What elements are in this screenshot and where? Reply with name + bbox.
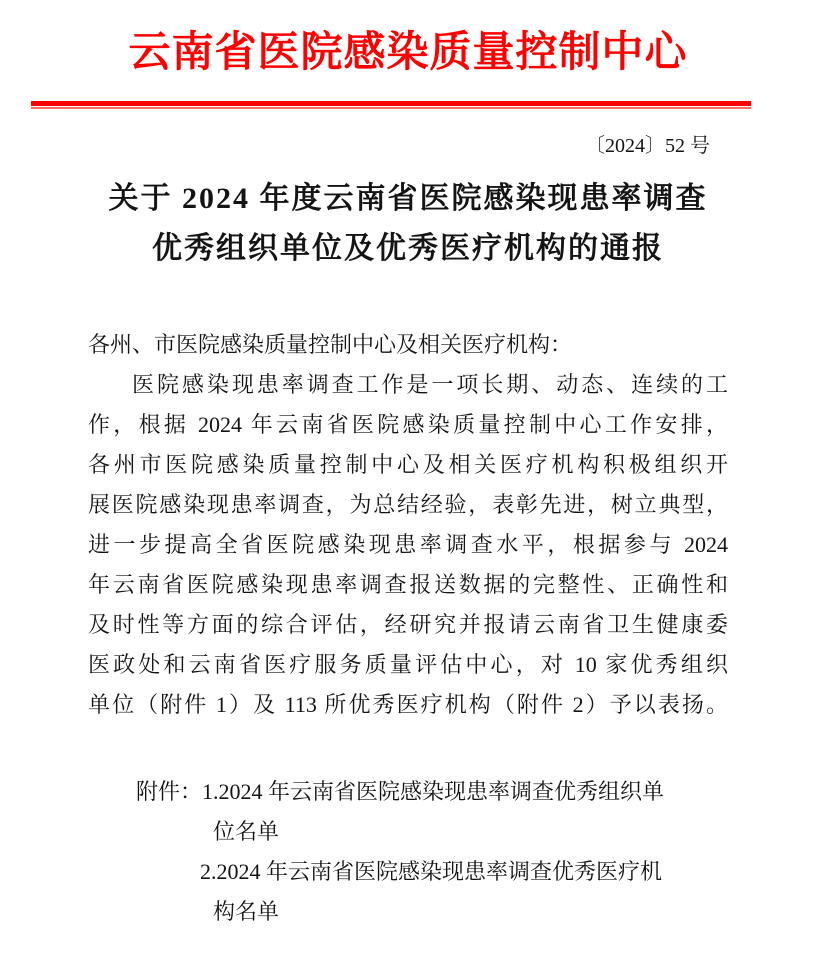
attachment-line-1-cont: 位名单 [136,812,728,852]
attachment-list: 附件：1.2024 年云南省医院感染现患率调查优秀组织单 位名单 2.2024 … [136,772,728,932]
body-line: 各州市医院感染质量控制中心及相关医疗机构积极组织开 [88,445,728,485]
document-number: 〔2024〕52 号 [0,132,816,160]
letterhead-divider [31,101,751,109]
body-line: 及时性等方面的综合评估，经研究并报请云南省卫生健康委 [88,605,728,645]
document-title: 关于 2024 年度云南省医院感染现患率调查 优秀组织单位及优秀医疗机构的通报 [0,174,816,274]
letterhead-org-name: 云南省医院感染质量控制中心 [0,0,816,80]
attachment-line-2-cont: 构名单 [136,892,728,932]
body-line: 年云南省医院感染现患率调查报送数据的完整性、正确性和 [88,565,728,605]
body-line: 医政处和云南省医疗服务质量评估中心，对 10 家优秀组织 [88,645,728,685]
body-line: 医院感染现患率调查工作是一项长期、动态、连续的工 [88,365,728,405]
body-line: 进一步提高全省医院感染现患率调查水平，根据参与 2024 [88,525,728,565]
document-page: 云南省医院感染质量控制中心 〔2024〕52 号 关于 2024 年度云南省医院… [0,0,816,962]
document-title-line2: 优秀组织单位及优秀医疗机构的通报 [0,224,816,274]
attachment-line-2: 2.2024 年云南省医院感染现患率调查优秀医疗机 [136,852,728,892]
document-body: 各州、市医院感染质量控制中心及相关医疗机构： 医院感染现患率调查工作是一项长期、… [88,325,728,725]
body-line: 展医院感染现患率调查，为总结经验，表彰先进，树立典型， [88,485,728,525]
divider-thin-line [31,107,751,109]
document-title-line1: 关于 2024 年度云南省医院感染现患率调查 [0,174,816,224]
body-line: 作，根据 2024 年云南省医院感染质量控制中心工作安排， [88,405,728,445]
body-line: 单位（附件 1）及 113 所优秀医疗机构（附件 2）予以表扬。 [88,685,728,725]
salutation-line: 各州、市医院感染质量控制中心及相关医疗机构： [88,325,728,365]
attachment-line-1: 附件：1.2024 年云南省医院感染现患率调查优秀组织单 [136,772,728,812]
